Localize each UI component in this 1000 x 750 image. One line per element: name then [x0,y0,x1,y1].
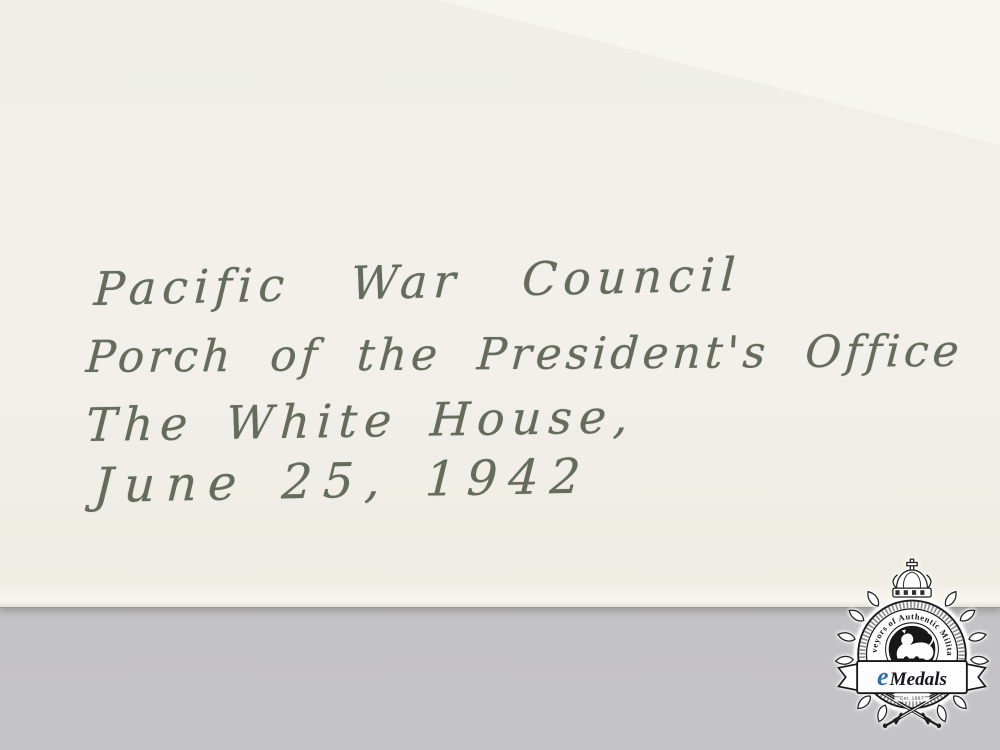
handwritten-line-4: June 25, 1942 [93,452,593,510]
emedals-watermark-badge: Purveyors of Authentic Militaria [834,554,990,732]
handwritten-line-1: Pacific War Council [93,251,743,312]
established-label: Est. 1967 [892,693,931,701]
handwritten-line-3: The White House, [85,393,636,448]
handwritten-line-2: Porch of the President's Office [85,330,964,380]
document-paper: Pacific War Council Porch of the Preside… [0,0,1000,608]
svg-text:Est. 1967: Est. 1967 [900,695,924,701]
brand-ribbon: eMedals [839,661,986,693]
crown-icon [893,559,931,597]
photo-stage: Pacific War Council Porch of the Preside… [0,0,1000,750]
